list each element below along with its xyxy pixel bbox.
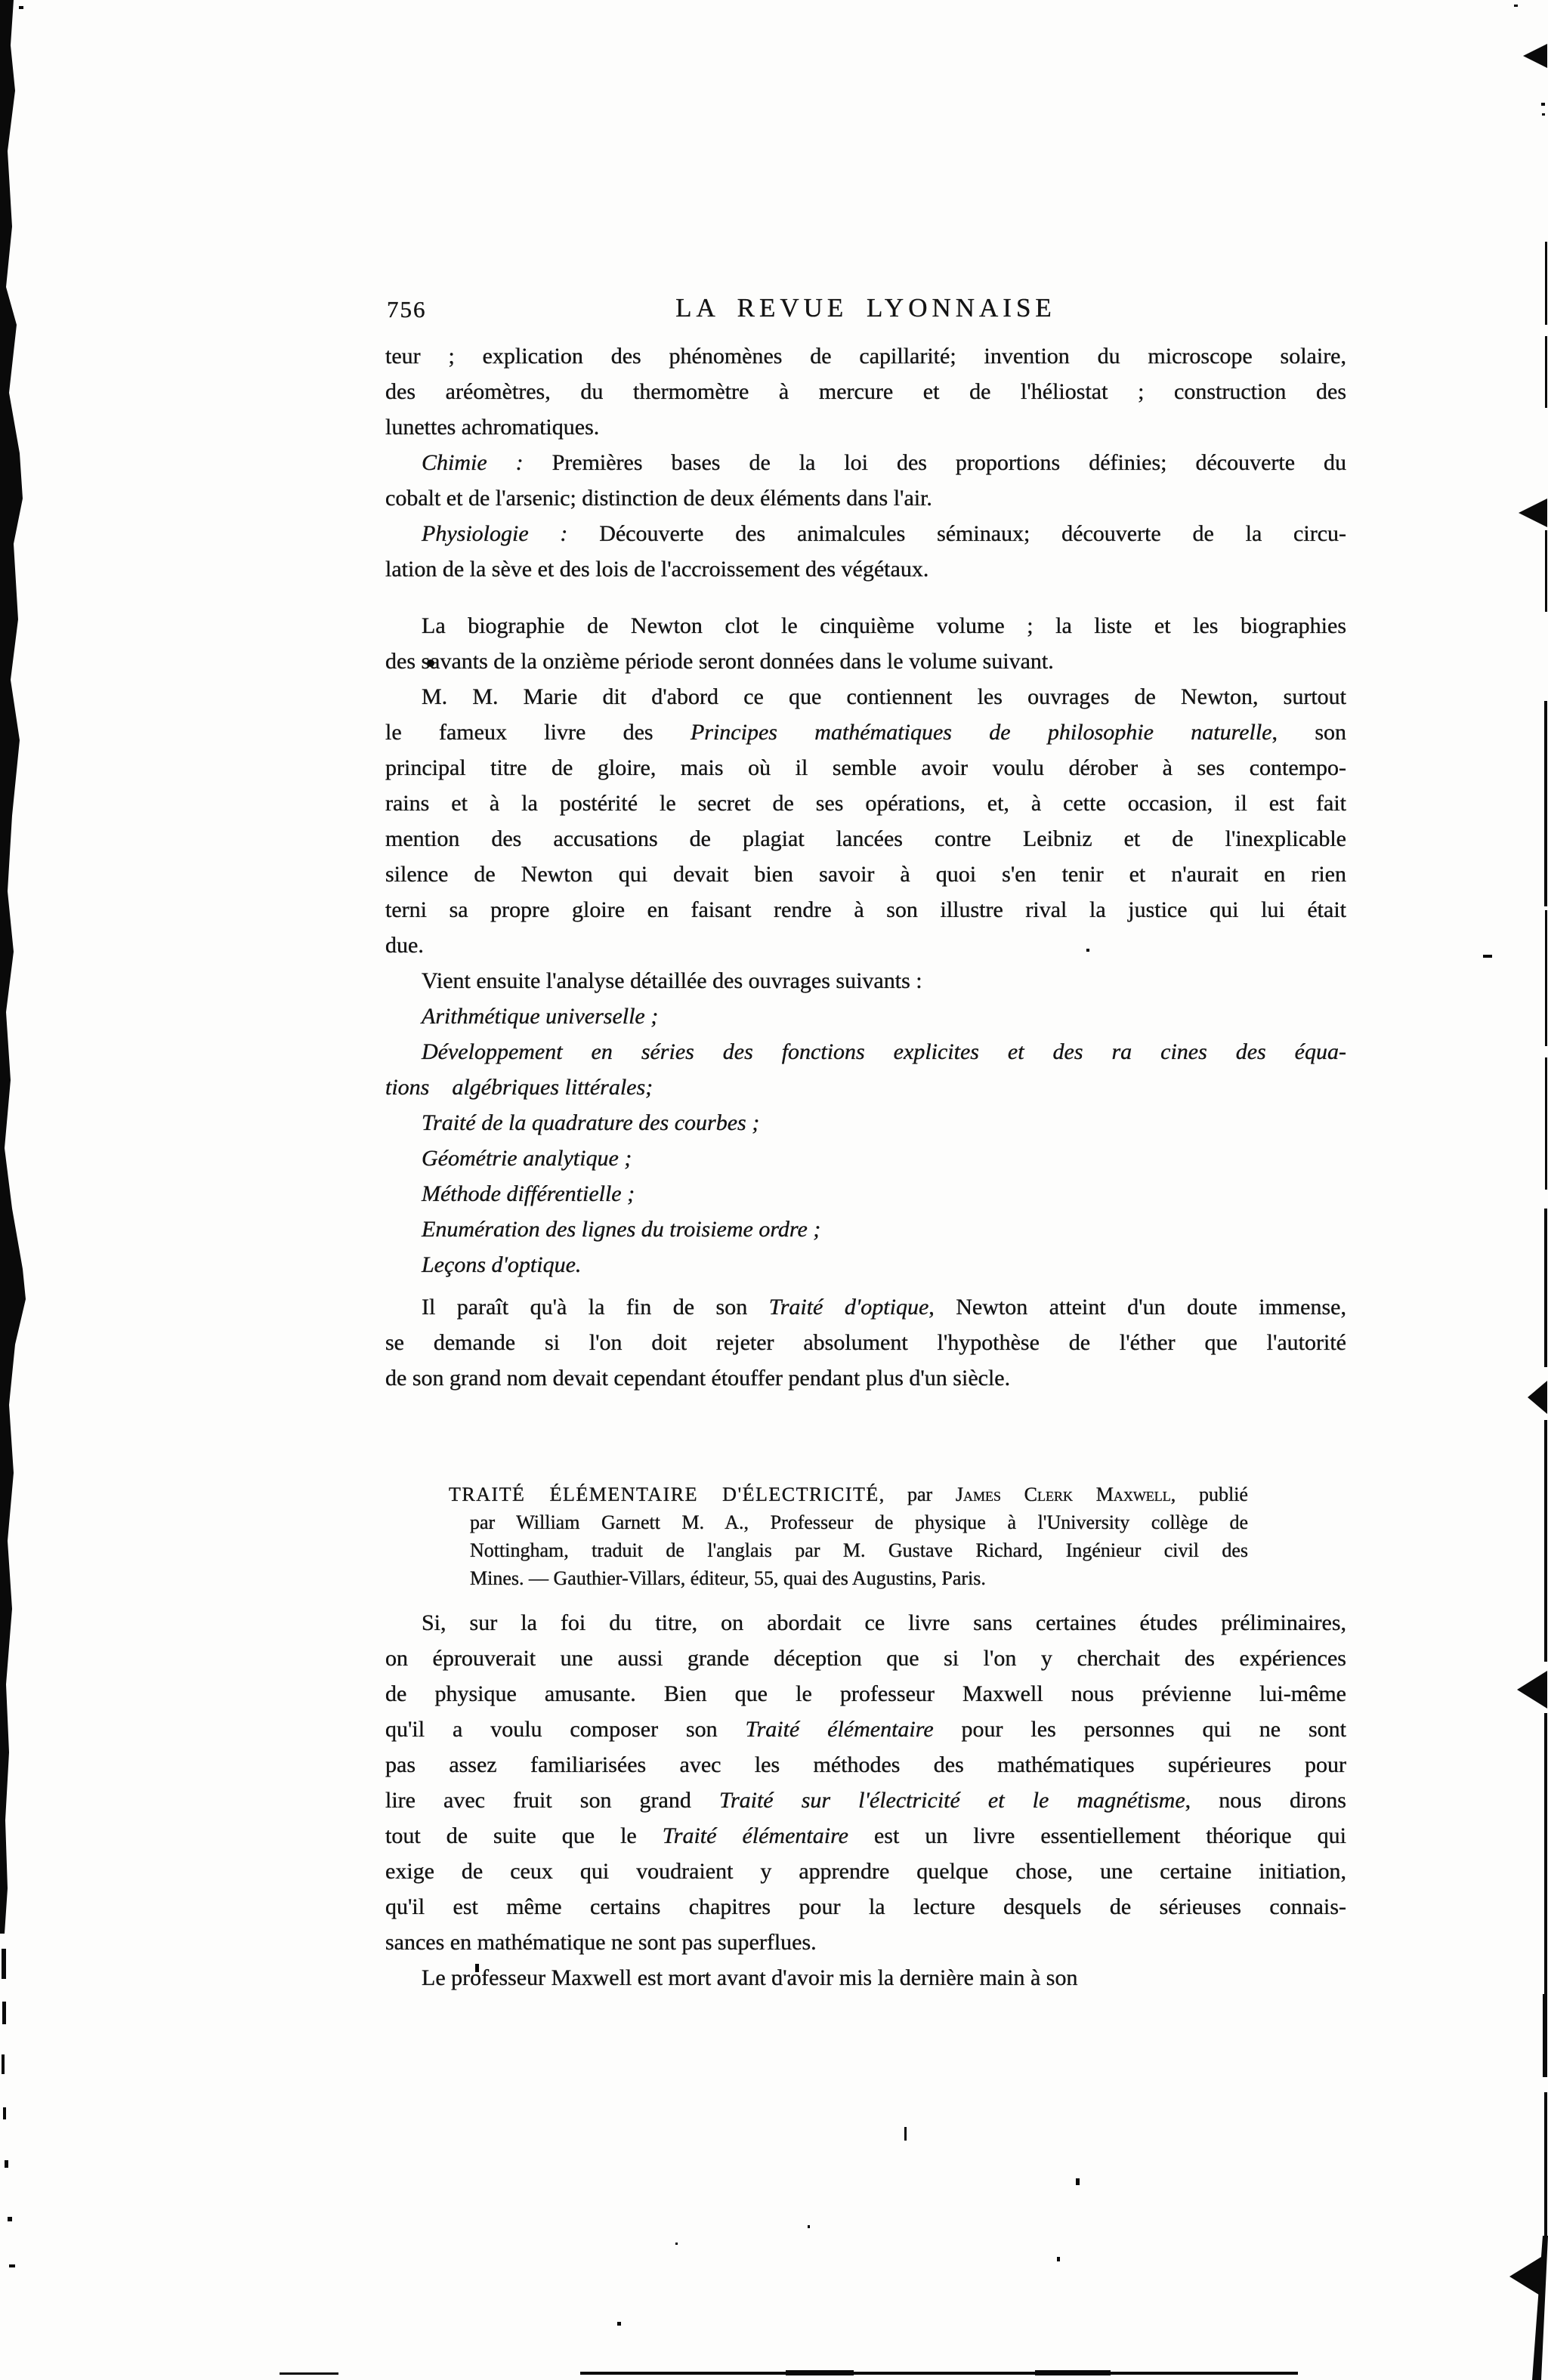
text-segment: lunettes achromatiques. — [385, 415, 599, 440]
paragraph: Physiologie : Découverte des animalcules… — [385, 516, 1346, 587]
text-segment: pas assez familiarisées avec les méthode… — [385, 1752, 1346, 1777]
text-segment: Principes mathématiques de philosophie n… — [691, 720, 1272, 745]
text-line: Méthode différentielle ; — [385, 1176, 1346, 1212]
text-line: lation de la sève et des lois de l'accro… — [385, 551, 1346, 587]
text-line: TRAITÉ ÉLÉMENTAIRE D'ÉLECTRICITÉ, par Ja… — [449, 1480, 1248, 1508]
text-line: Géométrie analytique ; — [385, 1141, 1346, 1176]
text-segment: James Clerk Maxwell — [956, 1483, 1171, 1505]
text-segment: Vient ensuite l'analyse détaillée des ou… — [422, 968, 922, 993]
text-line: tions algébriques littérales; — [385, 1070, 1346, 1105]
paragraph: Développement en séries des fonctions ex… — [385, 1034, 1346, 1105]
text-line: terni sa propre gloire en faisant rendre… — [385, 892, 1346, 928]
text-line: mention des accusations de plagiat lancé… — [385, 821, 1346, 857]
paragraph: Si, sur la foi du titre, on abordait ce … — [385, 1605, 1346, 1960]
right-edge-artifact — [1545, 530, 1547, 612]
text-segment: terni sa propre gloire en faisant rendre… — [385, 897, 1346, 922]
left-edge-artifact — [2, 1949, 6, 1979]
left-edge-artifact — [2, 2054, 5, 2074]
ink-speck — [1057, 2257, 1060, 2261]
text-segment: Le professeur Maxwell est mort avant d'a… — [422, 1965, 1077, 1990]
right-edge-artifact — [1509, 2257, 1541, 2296]
text-segment: , son — [1271, 720, 1346, 745]
text-line: Nottingham, traduit de l'anglais par M. … — [470, 1536, 1248, 1564]
text-line: sances en mathématique ne sont pas super… — [385, 1925, 1346, 1960]
text-line: silence de Newton qui devait bien savoir… — [385, 857, 1346, 892]
paragraph: Il paraît qu'à la fin de son Traité d'op… — [385, 1289, 1346, 1396]
paragraph: Géométrie analytique ; — [385, 1141, 1346, 1176]
text-segment: sances en mathématique ne sont pas super… — [385, 1930, 817, 1955]
text-column: teur ; explication des phénomènes de cap… — [385, 338, 1346, 1996]
text-line: pas assez familiarisées avec les méthode… — [385, 1747, 1346, 1783]
right-edge-artifact — [1545, 336, 1547, 408]
text-segment: Physiologie : — [422, 521, 567, 546]
text-segment: Géométrie analytique ; — [422, 1146, 632, 1171]
right-edge-artifact — [1543, 1994, 1547, 2077]
text-line: Le professeur Maxwell est mort avant d'a… — [385, 1960, 1346, 1996]
text-segment: Traité sur l'électricité et le magnétism… — [719, 1788, 1185, 1813]
text-line: qu'il est même certains chapitres pour l… — [385, 1889, 1346, 1925]
text-line: Vient ensuite l'analyse détaillée des ou… — [385, 963, 1346, 999]
text-segment: est un livre essentiellement théorique q… — [848, 1823, 1346, 1848]
left-edge-artifact — [9, 2264, 15, 2267]
paragraph: La biographie de Newton clot le cinquièm… — [385, 608, 1346, 679]
page-header: 756 LA REVUE LYONNAISE — [385, 293, 1346, 326]
paragraph: Traité de la quadrature des courbes ; — [385, 1105, 1346, 1141]
text-segment: cobalt et de l'arsenic; distinction de d… — [385, 486, 932, 511]
right-edge-artifact — [1545, 242, 1547, 325]
bibliographic-notice: TRAITÉ ÉLÉMENTAIRE D'ÉLECTRICITÉ, par Ja… — [470, 1480, 1248, 1592]
right-edge-artifact — [1542, 113, 1545, 116]
text-segment: tions algébriques littérales; — [385, 1075, 653, 1100]
text-line: qu'il a voulu composer son Traité élémen… — [385, 1712, 1346, 1747]
paragraph: teur ; explication des phénomènes de cap… — [385, 338, 1346, 445]
text-segment: Traité de la quadrature des courbes ; — [422, 1110, 759, 1135]
paragraph: Vient ensuite l'analyse détaillée des ou… — [385, 963, 1346, 999]
text-line: teur ; explication des phénomènes de cap… — [385, 338, 1346, 374]
text-line: Mines. — Gauthier-Villars, éditeur, 55, … — [470, 1564, 1248, 1592]
text-segment: Traité d'optique — [769, 1295, 929, 1320]
left-edge-artifact — [0, 0, 26, 1934]
text-line: Traité de la quadrature des courbes ; — [385, 1105, 1346, 1141]
text-line: des aréomètres, du thermomètre à mercure… — [385, 374, 1346, 409]
right-edge-artifact — [1544, 2092, 1547, 2236]
text-line: Chimie : Premières bases de la loi des p… — [385, 445, 1346, 480]
text-segment: Mines. — Gauthier-Villars, éditeur, 55, … — [470, 1567, 986, 1589]
left-edge-artifact — [5, 2160, 8, 2168]
text-segment: lation de la sève et des lois de l'accro… — [385, 557, 928, 582]
text-line: tout de suite que le Traité élémentaire … — [385, 1818, 1346, 1854]
bottom-rule-artifact — [786, 2370, 854, 2375]
left-edge-artifact — [8, 2217, 12, 2221]
text-segment: Il paraît qu'à la fin de son — [422, 1295, 769, 1320]
right-edge-artifact — [1544, 1713, 1547, 1994]
text-segment: on éprouverait une aussi grande déceptio… — [385, 1646, 1346, 1671]
right-edge-artifact — [1544, 1420, 1547, 1662]
text-segment: Nottingham, traduit de l'anglais par M. … — [470, 1539, 1248, 1561]
text-segment: Traité élémentaire — [663, 1823, 848, 1848]
text-segment: qu'il a voulu composer son — [385, 1717, 746, 1742]
text-segment: La biographie de Newton clot le cinquièm… — [422, 613, 1346, 638]
text-line: Il paraît qu'à la fin de son Traité d'op… — [385, 1289, 1346, 1325]
text-line: se demande si l'on doit rejeter absolume… — [385, 1325, 1346, 1360]
text-segment: principal titre de gloire, mais où il se… — [385, 755, 1346, 780]
text-segment: mention des accusations de plagiat lancé… — [385, 826, 1346, 851]
text-line: Leçons d'optique. — [385, 1247, 1346, 1283]
ink-speck — [904, 2127, 907, 2141]
right-edge-artifact — [1523, 44, 1547, 68]
ink-speck — [1076, 2178, 1080, 2185]
ink-speck — [1483, 955, 1492, 958]
text-line: Développement en séries des fonctions ex… — [385, 1034, 1346, 1070]
right-edge-artifact — [1517, 1671, 1547, 1709]
text-segment: Méthode différentielle ; — [422, 1181, 635, 1206]
right-edge-artifact — [1519, 499, 1547, 527]
text-segment: Arithmétique universelle ; — [422, 1004, 658, 1029]
text-segment: TRAITÉ ÉLÉMENTAIRE D'ÉLECTRICITÉ — [449, 1483, 879, 1505]
text-segment: Enumération des lignes du troisieme ordr… — [422, 1217, 820, 1242]
text-segment: par William Garnett M. A., Professeur de… — [470, 1511, 1248, 1533]
text-segment: , publié — [1171, 1483, 1248, 1505]
text-segment: qu'il est même certains chapitres pour l… — [385, 1894, 1346, 1919]
text-line: principal titre de gloire, mais où il se… — [385, 750, 1346, 786]
bottom-rule-artifact — [580, 2372, 1298, 2375]
right-edge-artifact — [1541, 103, 1545, 106]
ink-speck — [617, 2322, 621, 2326]
text-segment: des aréomètres, du thermomètre à mercure… — [385, 379, 1346, 404]
text-line: M. M. Marie dit d'abord ce que contienne… — [385, 679, 1346, 715]
text-segment: Leçons d'optique. — [422, 1252, 581, 1277]
text-line: Physiologie : Découverte des animalcules… — [385, 516, 1346, 551]
text-segment: lire avec fruit son grand — [385, 1788, 719, 1813]
text-segment: Traité élémentaire — [746, 1717, 934, 1742]
paragraph: Méthode différentielle ; — [385, 1176, 1346, 1212]
right-edge-artifact — [1514, 5, 1518, 7]
text-line: Arithmétique universelle ; — [385, 999, 1346, 1034]
text-segment: Développement en séries des fonctions ex… — [422, 1039, 1346, 1064]
text-line: Si, sur la foi du titre, on abordait ce … — [385, 1605, 1346, 1641]
text-segment: se demande si l'on doit rejeter absolume… — [385, 1330, 1346, 1355]
right-edge-artifact — [1545, 910, 1547, 1046]
paragraph: Chimie : Premières bases de la loi des p… — [385, 445, 1346, 516]
text-line: de physique amusante. Bien que le profes… — [385, 1676, 1346, 1712]
text-segment: pour les personnes qui ne sont — [934, 1717, 1346, 1742]
text-line: exige de ceux qui voudraient y apprendre… — [385, 1854, 1346, 1889]
text-segment: Si, sur la foi du titre, on abordait ce … — [422, 1610, 1346, 1635]
text-line: le fameux livre des Principes mathématiq… — [385, 715, 1346, 750]
paragraph: Le professeur Maxwell est mort avant d'a… — [385, 1960, 1346, 1996]
bottom-rule-artifact — [280, 2372, 338, 2375]
text-line: des savants de la onzième période seront… — [385, 644, 1346, 679]
text-segment: Chimie : — [422, 450, 524, 475]
text-segment: M. M. Marie dit d'abord ce que contienne… — [422, 684, 1346, 709]
text-segment: teur ; explication des phénomènes de cap… — [385, 344, 1346, 369]
right-edge-artifact — [1528, 1381, 1547, 1414]
text-line: due. — [385, 928, 1346, 963]
ink-speck — [808, 2225, 810, 2228]
ink-speck — [675, 2243, 678, 2245]
text-line: cobalt et de l'arsenic; distinction de d… — [385, 480, 1346, 516]
text-line: on éprouverait une aussi grande déceptio… — [385, 1641, 1346, 1676]
text-line: Enumération des lignes du troisieme ordr… — [385, 1212, 1346, 1247]
text-line: de son grand nom devait cependant étouff… — [385, 1360, 1346, 1396]
text-segment: , nous dirons — [1185, 1788, 1346, 1813]
paragraph: Leçons d'optique. — [385, 1247, 1346, 1283]
text-segment: de son grand nom devait cependant étouff… — [385, 1366, 1010, 1391]
right-edge-artifact — [1532, 2236, 1548, 2380]
text-line: lunettes achromatiques. — [385, 409, 1346, 445]
text-segment: des savants de la onzième période seront… — [385, 649, 1054, 674]
text-segment: Découverte des animalcules séminaux; déc… — [567, 521, 1346, 546]
right-edge-artifact — [1544, 701, 1547, 906]
journal-title: LA REVUE LYONNAISE — [385, 293, 1346, 323]
text-segment: rains et à la postérité le secret de ses… — [385, 791, 1346, 816]
paragraph: M. M. Marie dit d'abord ce que contienne… — [385, 679, 1346, 963]
paragraph: Enumération des lignes du troisieme ordr… — [385, 1212, 1346, 1247]
text-segment: Premières bases de la loi des proportion… — [524, 450, 1346, 475]
page-sheet: 756 LA REVUE LYONNAISE teur ; explicatio… — [0, 0, 1548, 2380]
text-line: par William Garnett M. A., Professeur de… — [470, 1508, 1248, 1536]
right-edge-artifact — [1545, 1057, 1547, 1190]
bottom-rule-artifact — [1035, 2370, 1111, 2375]
text-segment: de physique amusante. Bien que le profes… — [385, 1681, 1346, 1706]
paragraph: Arithmétique universelle ; — [385, 999, 1346, 1034]
right-edge-artifact — [1544, 1209, 1547, 1367]
text-segment: silence de Newton qui devait bien savoir… — [385, 862, 1346, 887]
text-line: rains et à la postérité le secret de ses… — [385, 786, 1346, 821]
text-segment: exige de ceux qui voudraient y apprendre… — [385, 1859, 1346, 1884]
text-segment: due. — [385, 933, 424, 958]
text-segment: tout de suite que le — [385, 1823, 663, 1848]
text-segment: , Newton atteint d'un doute immense, — [928, 1295, 1346, 1320]
left-edge-artifact — [3, 2107, 6, 2119]
left-edge-artifact — [2, 2002, 6, 2024]
text-segment: le fameux livre des — [385, 720, 691, 745]
text-line: La biographie de Newton clot le cinquièm… — [385, 608, 1346, 644]
text-line: lire avec fruit son grand Traité sur l'é… — [385, 1783, 1346, 1818]
text-segment: , par — [879, 1483, 956, 1505]
ink-speck — [19, 6, 23, 9]
